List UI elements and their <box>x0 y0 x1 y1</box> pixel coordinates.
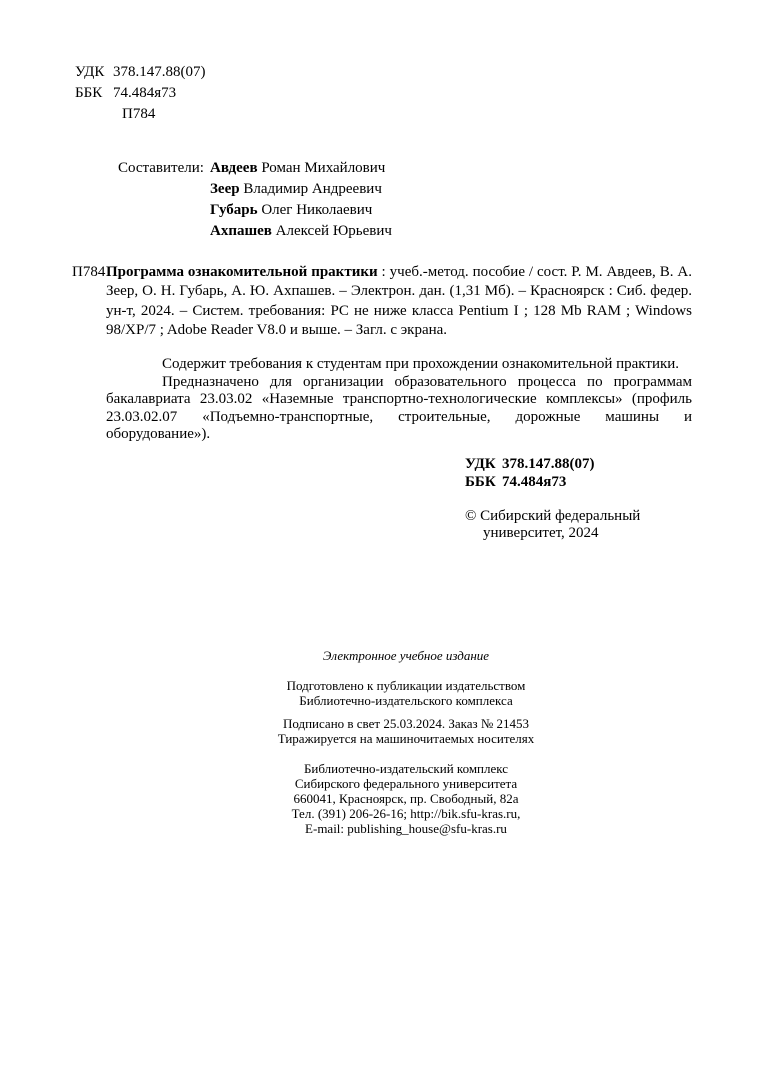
publisher-university-line: Сибирского федерального университета <box>48 776 764 791</box>
udk-value: 378.147.88(07) <box>502 455 595 473</box>
prepared-line-2: Библиотечно-издательского комплекса <box>48 693 764 708</box>
publisher-email-line: E-mail: publishing_house@sfu-kras.ru <box>48 821 764 836</box>
imprint-page: УДК 378.147.88(07) ББК 74.484я73 П784 Со… <box>0 0 764 1080</box>
publisher-block: Библиотечно-издательский комплекс Сибирс… <box>48 761 764 836</box>
compiler-name: Авдеев Роман Михайлович <box>210 158 385 179</box>
compiler-given-names: Алексей Юрьевич <box>272 223 392 239</box>
bbk-label: ББК <box>465 473 502 491</box>
copyright-notice: © Сибирский федеральный университет, 202… <box>465 508 640 541</box>
right-codes-block: УДК 378.147.88(07) ББК 74.484я73 <box>465 455 595 491</box>
compiler-row: Ахпашев Алексей Юрьевич <box>118 221 392 242</box>
udk-row: УДК 378.147.88(07) <box>75 62 206 83</box>
annotation-paragraph-1: Содержит требования к студентам при прох… <box>106 356 692 374</box>
compiler-row: Губарь Олег Николаевич <box>118 200 392 221</box>
publisher-address-line: 660041, Красноярск, пр. Свободный, 82а <box>48 791 764 806</box>
prepared-line-1: Подготовлено к публикации издательством <box>48 678 764 693</box>
compiler-surname: Авдеев <box>210 160 258 176</box>
compiler-name: Зеер Владимир Андреевич <box>210 179 382 200</box>
signed-block: Подписано в свет 25.03.2024. Заказ № 214… <box>48 716 764 746</box>
distribution-line: Тиражируется на машиночитаемых носителях <box>48 731 764 746</box>
bbk-row: ББК 74.484я73 <box>75 83 206 104</box>
top-codes-block: УДК 378.147.88(07) ББК 74.484я73 П784 <box>75 62 206 125</box>
bbk-row-right: ББК 74.484я73 <box>465 473 595 491</box>
compiler-given-names: Роман Михайлович <box>258 160 386 176</box>
edition-type: Электронное учебное издание <box>48 648 764 663</box>
prepared-block: Подготовлено к публикации издательством … <box>48 678 764 708</box>
compiler-name: Ахпашев Алексей Юрьевич <box>210 221 392 242</box>
author-sign: П784 <box>75 104 206 125</box>
compiler-given-names: Олег Николаевич <box>258 202 373 218</box>
annotation-paragraph-2: Предназначено для организации образовате… <box>106 374 692 444</box>
publisher-name-line: Библиотечно-издательский комплекс <box>48 761 764 776</box>
compiler-surname: Губарь <box>210 202 258 218</box>
udk-label: УДК <box>465 455 502 473</box>
udk-row-right: УДК 378.147.88(07) <box>465 455 595 473</box>
publisher-phone-url-line: Тел. (391) 206-26-16; http://bik.sfu-kra… <box>48 806 764 821</box>
bbk-label: ББК <box>75 83 113 104</box>
compiler-given-names: Владимир Андреевич <box>240 181 382 197</box>
compiler-row: Составители: Авдеев Роман Михайлович <box>118 158 392 179</box>
compilers-block: Составители: Авдеев Роман Михайлович Зее… <box>118 158 392 242</box>
compiler-row: Зеер Владимир Андреевич <box>118 179 392 200</box>
compiler-name: Губарь Олег Николаевич <box>210 200 372 221</box>
catalog-entry-title: Программа ознакомительной практики <box>106 264 378 280</box>
copyright-line-2: университет, 2024 <box>465 525 640 542</box>
annotation-block: Содержит требования к студентам при прох… <box>106 356 692 444</box>
bbk-value: 74.484я73 <box>113 83 176 104</box>
compilers-label: Составители: <box>118 158 210 179</box>
udk-label: УДК <box>75 62 113 83</box>
signed-date-order-line: Подписано в свет 25.03.2024. Заказ № 214… <box>48 716 764 731</box>
catalog-entry-label: П784 <box>72 263 105 282</box>
catalog-entry: Программа ознакомительной практики : уче… <box>106 263 692 340</box>
bbk-value: 74.484я73 <box>502 473 566 491</box>
compiler-surname: Ахпашев <box>210 223 272 239</box>
udk-value: 378.147.88(07) <box>113 62 206 83</box>
compiler-surname: Зеер <box>210 181 240 197</box>
copyright-line-1: © Сибирский федеральный <box>465 508 640 525</box>
